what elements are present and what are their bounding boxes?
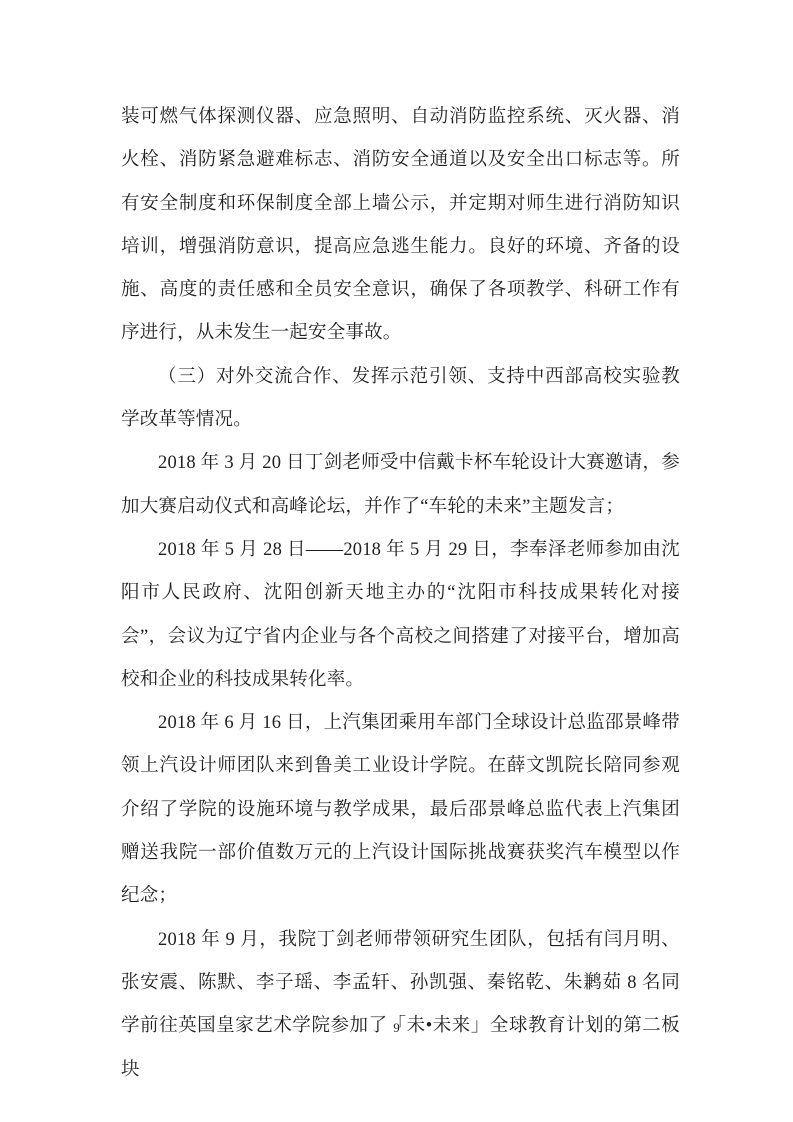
page-content: 装可燃气体探测仪器、应急照明、自动消防监控系统、灭火器、消火栓、消防紧急避难标志… [121, 96, 680, 1092]
paragraph-event-march: 2018 年 3 月 20 日丁剑老师受中信戴卡杯车轮设计大赛邀请，参加大赛启动… [121, 442, 680, 529]
paragraph-safety-continuation: 装可燃气体探测仪器、应急照明、自动消防监控系统、灭火器、消火栓、消防紧急避难标志… [121, 96, 680, 356]
page-number: 9 [0, 1020, 793, 1036]
paragraph-event-may: 2018 年 5 月 28 日——2018 年 5 月 29 日，李奉泽老师参加… [121, 529, 680, 702]
paragraph-event-september: 2018 年 9 月，我院丁剑老师带领研究生团队，包括有闫月明、张安震、陈默、李… [121, 919, 680, 1092]
paragraph-section-heading: （三）对外交流合作、发挥示范引领、支持中西部高校实验教学改革等情况。 [121, 356, 680, 443]
paragraph-event-june: 2018 年 6 月 16 日，上汽集团乘用车部门全球设计总监邵景峰带领上汽设计… [121, 702, 680, 918]
document-page: 装可燃气体探测仪器、应急照明、自动消防监控系统、灭火器、消火栓、消防紧急避难标志… [0, 0, 793, 1122]
